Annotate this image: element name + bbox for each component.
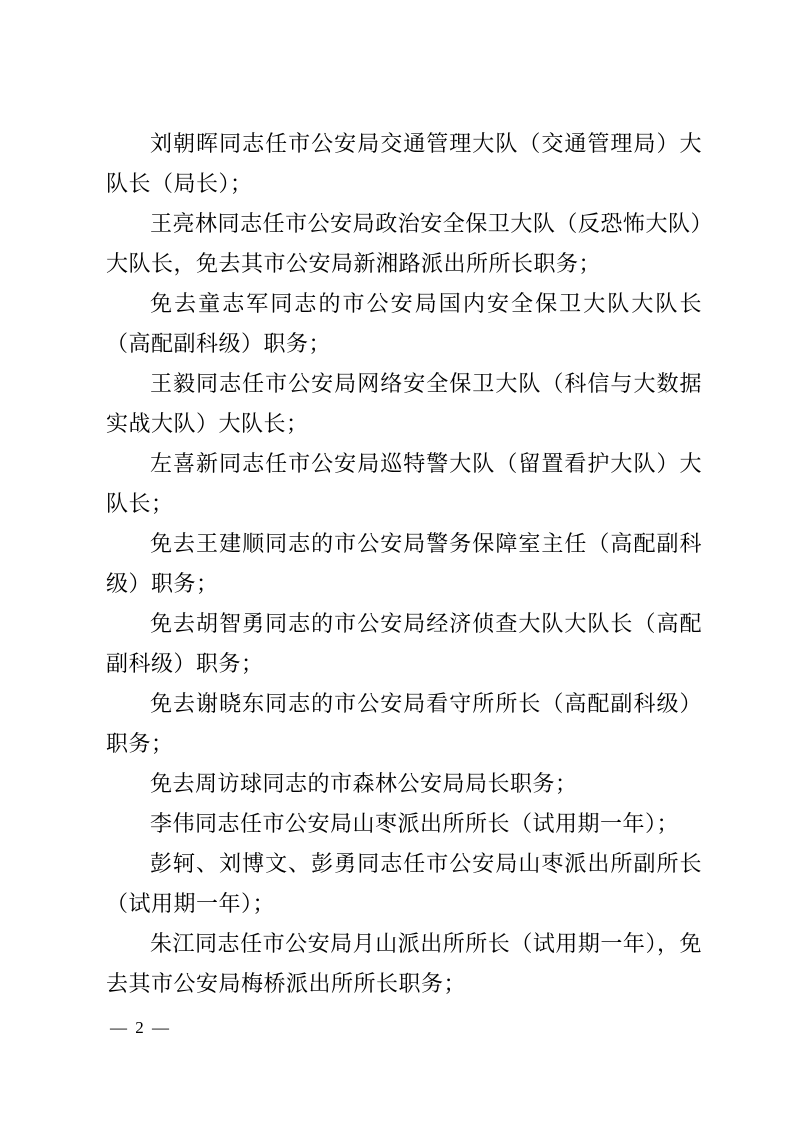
paragraph-removal-7: 免去胡智勇同志的市公安局经济侦查大队大队长（高配副科级）职务； [106, 604, 702, 684]
page-footer: — 2 — [110, 1016, 171, 1040]
paragraph-removal-3: 免去童志军同志的市公安局国内安全保卫大队大队长（高配副科级）职务； [106, 284, 702, 364]
paragraph-appointment-4: 王毅同志任市公安局网络安全保卫大队（科信与大数据实战大队）大队长； [106, 364, 702, 444]
document-page: 刘朝晖同志任市公安局交通管理大队（交通管理局）大队长（局长）； 王亮林同志任市公… [0, 0, 793, 1122]
paragraph-appointment-11: 彭轲、刘博文、彭勇同志任市公安局山枣派出所副所长（试用期一年）； [106, 844, 702, 924]
paragraph-appointment-5: 左喜新同志任市公安局巡特警大队（留置看护大队）大队长； [106, 444, 702, 524]
paragraph-appointment-12: 朱江同志任市公安局月山派出所所长（试用期一年），免去其市公安局梅桥派出所所长职务… [106, 924, 702, 1004]
paragraph-appointment-10: 李伟同志任市公安局山枣派出所所长（试用期一年）； [106, 804, 702, 844]
document-body: 刘朝晖同志任市公安局交通管理大队（交通管理局）大队长（局长）； 王亮林同志任市公… [106, 124, 702, 1004]
paragraph-removal-6: 免去王建顺同志的市公安局警务保障室主任（高配副科级）职务； [106, 524, 702, 604]
paragraph-appointment-2: 王亮林同志任市公安局政治安全保卫大队（反恐怖大队）大队长，免去其市公安局新湘路派… [106, 204, 702, 284]
paragraph-appointment-1: 刘朝晖同志任市公安局交通管理大队（交通管理局）大队长（局长）； [106, 124, 702, 204]
page-number: — 2 — [110, 1018, 171, 1037]
paragraph-removal-9: 免去周访球同志的市森林公安局局长职务； [106, 764, 702, 804]
paragraph-removal-8: 免去谢晓东同志的市公安局看守所所长（高配副科级）职务； [106, 684, 702, 764]
